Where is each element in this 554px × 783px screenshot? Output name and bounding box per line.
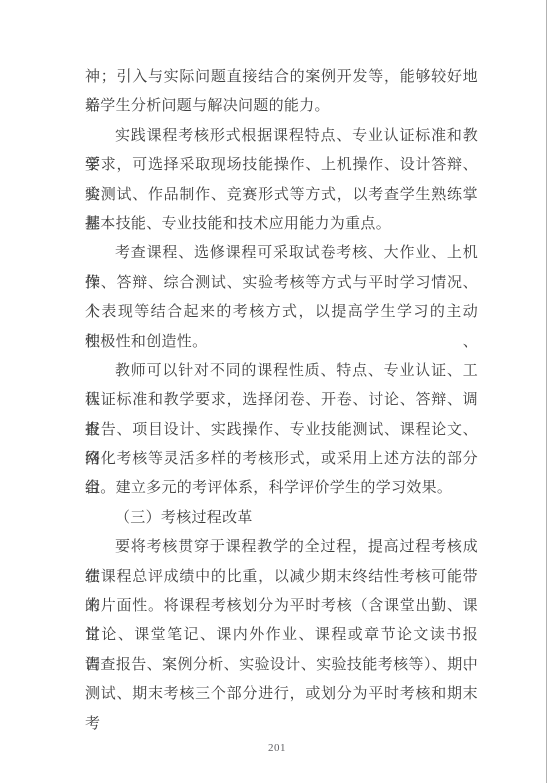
text-line: 调查报告、案例分析、实验设计、实验技能考核等）、期中 xyxy=(85,651,478,680)
text-line: 络化考核等灵活多样的考核形式，或采用上述方法的部分组 xyxy=(85,445,478,474)
paragraph: 要将考核贯穿于课程教学的全过程，提高过程考核成绩在课程总评成绩中的比重，以减少期… xyxy=(85,533,478,709)
paragraph: 实践课程考核形式根据课程特点、专业认证标准和教学要求，可选择采取现场技能操作、上… xyxy=(85,122,478,240)
text-line: （三）考核过程改革 xyxy=(85,504,478,533)
section-heading: （三）考核过程改革 xyxy=(85,504,478,533)
text-line: 验测试、作品制作、竞赛形式等方式，以考查学生熟练掌握 xyxy=(85,181,478,210)
text-line: 教师可以针对不同的课程性质、特点、专业认证、工程 xyxy=(85,357,478,386)
text-line: 认证标准和教学要求，选择闭卷、开卷、讨论、答辩、调查 xyxy=(85,386,478,415)
text-line: 人表现等结合起来的考核方式，以提高学生学习的主动性、 xyxy=(85,298,478,327)
text-line: 在课程总评成绩中的比重，以减少期末终结性考核可能带来 xyxy=(85,563,478,592)
text-line: 基本技能、专业技能和技术应用能力为重点。 xyxy=(85,210,478,239)
paragraph: 考查课程、选修课程可采取试卷考核、大作业、上机操作、答辩、综合测试、实验考核等方… xyxy=(85,239,478,357)
document-page: 神；引入与实际问题直接结合的案例开发等，能够较好地培养学生分析问题与解决问题的能… xyxy=(0,0,554,783)
text-block: 神；引入与实际问题直接结合的案例开发等，能够较好地培养学生分析问题与解决问题的能… xyxy=(85,63,478,710)
text-line: 实践课程考核形式根据课程特点、专业认证标准和教学 xyxy=(85,122,478,151)
text-line: 要求，可选择采取现场技能操作、上机操作、设计答辩、实 xyxy=(85,151,478,180)
text-line: 测试、期末考核三个部分进行，或划分为平时考核和期末考 xyxy=(85,680,478,709)
text-line: 作、答辩、综合测试、实验考核等方式与平时学习情况、个 xyxy=(85,269,478,298)
text-line: 神；引入与实际问题直接结合的案例开发等，能够较好地培 xyxy=(85,63,478,92)
page-number: 201 xyxy=(0,742,554,754)
text-line: 报告、项目设计、实践操作、专业技能测试、课程论文、网 xyxy=(85,416,478,445)
text-line: 养学生分析问题与解决问题的能力。 xyxy=(85,92,478,121)
text-line: 考查课程、选修课程可采取试卷考核、大作业、上机操 xyxy=(85,239,478,268)
text-line: 的片面性。将课程考核划分为平时考核（含课堂出勤、课堂 xyxy=(85,592,478,621)
page-scan-edge-line xyxy=(546,0,547,783)
text-line: 讨论、课堂笔记、课内外作业、课程或章节论文读书报告、 xyxy=(85,621,478,650)
text-line: 合。建立多元的考评体系，科学评价学生的学习效果。 xyxy=(85,474,478,503)
paragraph: 教师可以针对不同的课程性质、特点、专业认证、工程认证标准和教学要求，选择闭卷、开… xyxy=(85,357,478,504)
text-line: 要将考核贯穿于课程教学的全过程，提高过程考核成绩 xyxy=(85,533,478,562)
paragraph: 神；引入与实际问题直接结合的案例开发等，能够较好地培养学生分析问题与解决问题的能… xyxy=(85,63,478,122)
